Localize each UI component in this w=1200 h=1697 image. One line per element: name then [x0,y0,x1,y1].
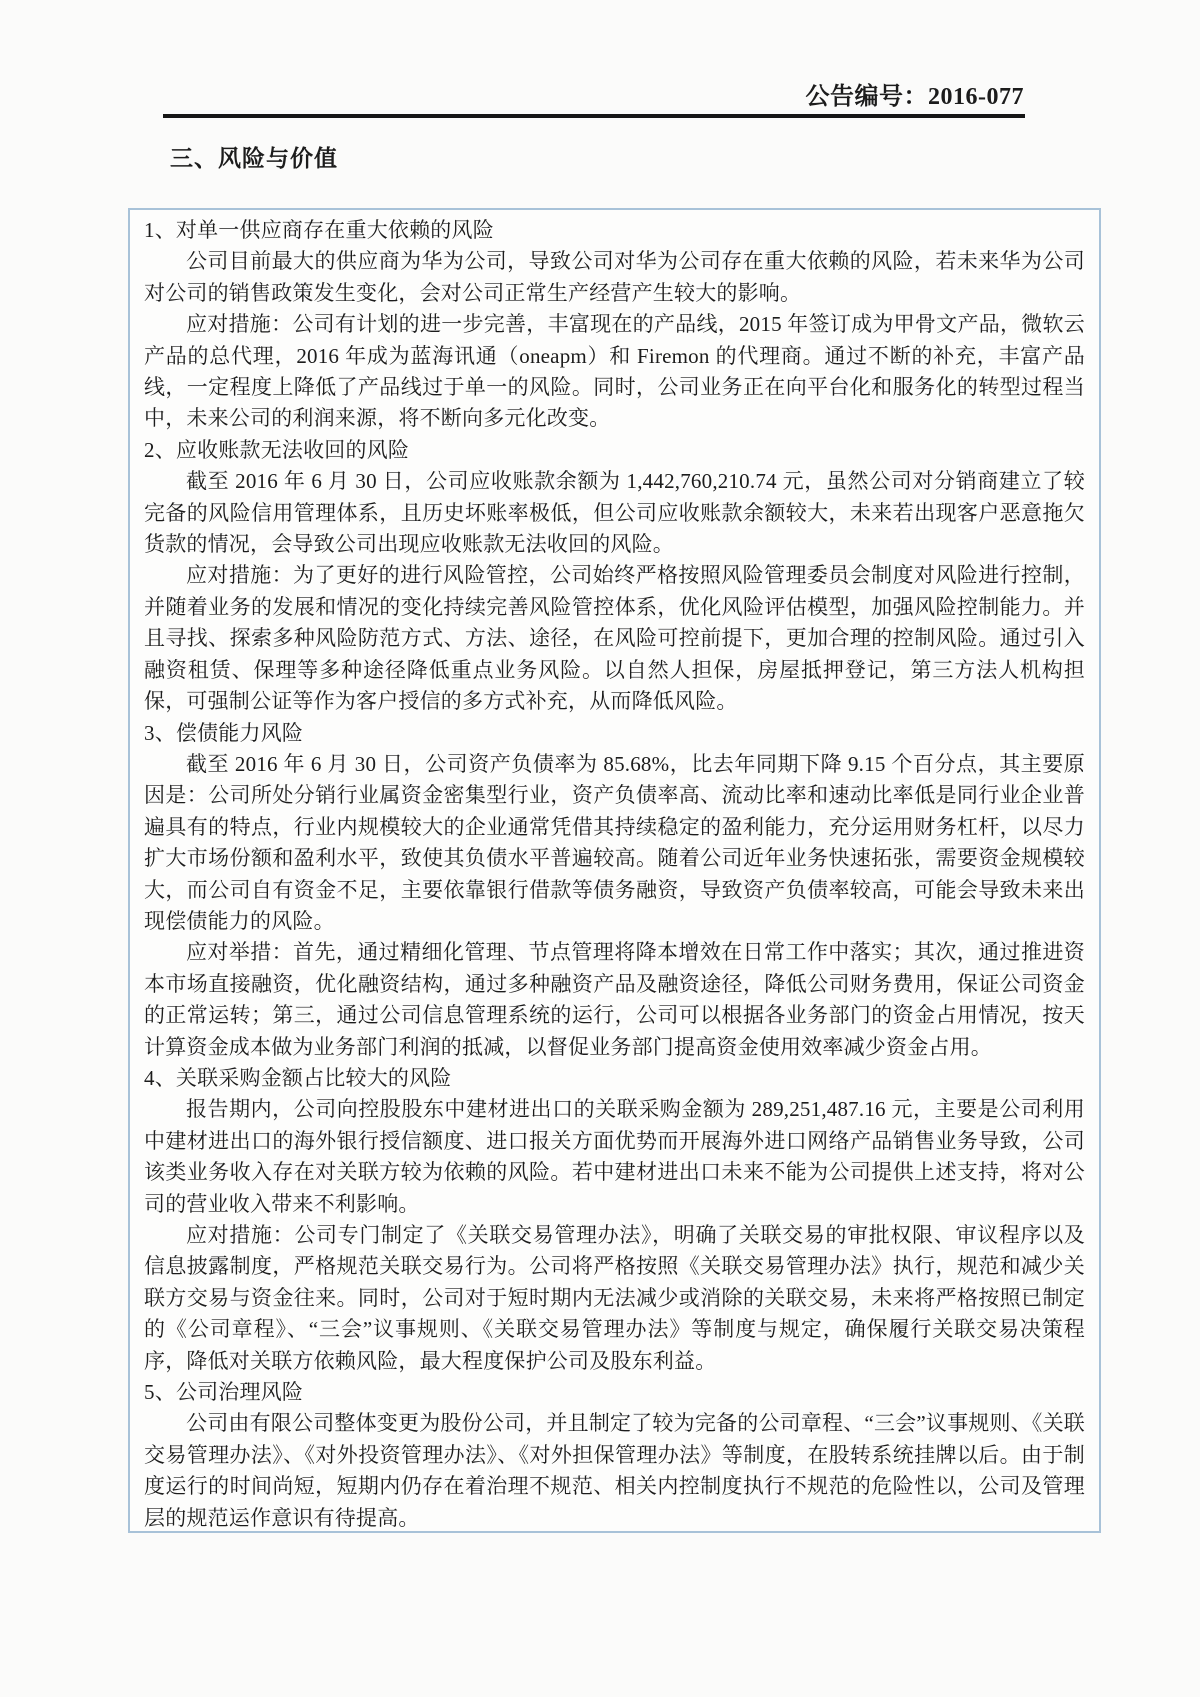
risk-content-box: 1、对单一供应商存在重大依赖的风险 公司目前最大的供应商为华为公司，导致公司对华… [128,208,1101,1533]
risk-item-1-paragraph: 公司目前最大的供应商为华为公司，导致公司对华为公司存在重大依赖的风险，若未来华为… [144,246,1085,309]
risk-item-5-paragraph: 公司由有限公司整体变更为股份公司，并且制定了较为完备的公司章程、“三会”议事规则… [144,1408,1085,1533]
risk-item-1-heading: 1、对单一供应商存在重大依赖的风险 [144,215,1085,246]
doc-number: 公告编号：2016-077 [806,76,1025,111]
risk-item-4-heading: 4、关联采购金额占比较大的风险 [144,1063,1085,1094]
risk-item-2-measures: 应对措施：为了更好的进行风险管控，公司始终严格按照风险管理委员会制度对风险进行控… [144,560,1085,717]
risk-item-3-heading: 3、偿债能力风险 [144,718,1085,749]
risk-item-3-paragraph: 截至 2016 年 6 月 30 日，公司资产负债率为 85.68%，比去年同期… [144,749,1085,937]
risk-item-3-measures: 应对举措：首先，通过精细化管理、节点管理将降本增效在日常工作中落实；其次，通过推… [144,937,1085,1063]
risk-item-5-heading: 5、公司治理风险 [144,1377,1085,1408]
document-page: { "header": { "doc_number": "公告编号：2016-0… [0,0,1200,1697]
header-divider-line [163,114,1025,118]
risk-item-4-paragraph: 报告期内，公司向控股股东中建材进出口的关联采购金额为 289,251,487.1… [144,1094,1085,1220]
risk-item-2-paragraph: 截至 2016 年 6 月 30 日，公司应收账款余额为 1,442,760,2… [144,466,1085,560]
risk-item-1-measures: 应对措施：公司有计划的进一步完善，丰富现在的产品线，2015 年签订成为甲骨文产… [144,309,1085,435]
risk-item-4-measures: 应对措施：公司专门制定了《关联交易管理办法》，明确了关联交易的审批权限、审议程序… [144,1220,1085,1377]
section-title: 三、风险与价值 [170,140,338,173]
risk-item-2-heading: 2、应收账款无法收回的风险 [144,435,1085,466]
